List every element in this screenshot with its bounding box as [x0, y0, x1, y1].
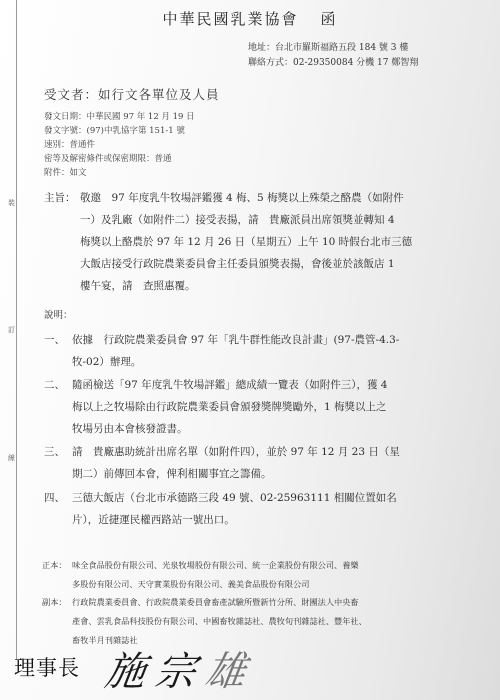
attachment: 附件：如文	[44, 166, 87, 178]
recipient-line: 產會、雲乳食品科技股份有限公司、中國畜牧雜誌社、農牧旬刊雜誌社、豐年社、	[72, 612, 367, 631]
copy-recipients-label: 副本：	[42, 593, 67, 612]
subject-label: 主旨：	[44, 190, 76, 205]
address: 地址：台北市羅斯福路五段 184 號 3 樓	[248, 40, 408, 53]
original-recipients: 味全食品股份有限公司、光泉牧場股份有限公司、統一企業股份有限公司、養樂 多股份有…	[72, 556, 359, 594]
item-line: 請 貴廠惠助統計出席名單（如附件四），並於 97 年 12 月 23 日（星	[72, 444, 400, 461]
item-line: 梅以上之牧場除由行政院農業委員會頒發獎牌獎勵外，1 梅獎以上之	[72, 399, 387, 416]
binding-line	[16, 0, 17, 660]
recipient-line: 多股份有限公司、天守實業股份有限公司、義美食品股份有限公司	[72, 575, 359, 594]
item-line: 依據 行政院農業委員會 97 年「乳牛群性能改良計畫」(97-農管-4.3-	[72, 332, 399, 349]
recipient-line: 味全食品股份有限公司、光泉牧場股份有限公司、統一企業股份有限公司、養樂	[72, 556, 359, 575]
explanation-item: 三德大飯店（台北市承德路三段 49 號、02-25963111 相關位置如名 片…	[72, 490, 397, 529]
subject-text: 敬邀 97 年度乳牛牧場評鑑獲 4 梅、5 梅獎以上殊榮之酪農（如附件 一）及乳…	[80, 190, 412, 295]
recipient-line: 行政院農業委員會、行政院農業委員會畜產試驗所暨新竹分所、財團法人中央畜	[72, 593, 367, 612]
subject-line: 大飯店接受行政院農業委員會主任委員頒獎表揚，會後並於該飯店 1	[80, 256, 412, 273]
explanation-label: 說明：	[44, 307, 73, 321]
item-line: 期二）前傳回本會，俾利相關事宜之籌備。	[72, 466, 400, 483]
item-line: 隨函檢送「97 年度乳牛牧場評鑑」總成績一覽表（如附件三），獲 4	[72, 377, 387, 394]
binding-mark: 裝	[8, 198, 15, 208]
item-line: 片），近捷運民權西路站一號出口。	[72, 512, 397, 529]
explanation-item: 請 貴廠惠助統計出席名單（如附件四），並於 97 年 12 月 23 日（星 期…	[72, 444, 400, 483]
explanation-item: 隨函檢送「97 年度乳牛牧場評鑑」總成績一覽表（如附件三），獲 4 梅以上之牧場…	[72, 377, 387, 438]
binding-mark: 線	[8, 453, 15, 463]
item-number: 一、	[44, 332, 65, 347]
contact-info: 聯絡方式：02-29350084 分機 17 鄭智翔	[248, 55, 418, 68]
signatory-title: 理事長	[14, 652, 80, 682]
original-recipients-label: 正本：	[42, 556, 67, 575]
org-name: 中華民國乳業協會	[162, 10, 298, 28]
official-letter: 裝 訂 線 中華民國乳業協會函 地址：台北市羅斯福路五段 184 號 3 樓 聯…	[0, 0, 500, 700]
item-line: 三德大飯店（台北市承德路三段 49 號、02-25963111 相關位置如名	[72, 490, 397, 507]
document-number: 發文字號：(97)中乳協字第 151-1 號	[44, 124, 185, 136]
doc-type: 函	[321, 10, 338, 28]
item-line: 牧場另由本會核發證書。	[72, 421, 387, 438]
security-level: 密等及解密條件或保密期限：普通	[44, 152, 172, 164]
item-number: 三、	[44, 444, 65, 459]
recipient: 受文者：如行文各單位及人員	[44, 85, 220, 103]
subject-line: 一）及乳廠（如附件二）接受表揚，請 貴廠派員出席領獎並轉知 4	[80, 212, 412, 229]
signature-char: 施	[102, 649, 158, 695]
subject-line: 梅獎以上酪農於 97 年 12 月 26 日（星期五）上午 10 時假台北市三德	[80, 234, 412, 251]
explanation-item: 依據 行政院農業委員會 97 年「乳牛群性能改良計畫」(97-農管-4.3- 牧…	[72, 332, 399, 371]
subject-line: 敬邀 97 年度乳牛牧場評鑑獲 4 梅、5 梅獎以上殊榮之酪農（如附件	[80, 190, 412, 207]
delivery-type: 速別：普通件	[44, 138, 95, 150]
issue-date: 發文日期：中華民國 97 年 12 月 19 日	[44, 110, 195, 122]
signature: 施宗雄	[102, 640, 260, 697]
letter-title: 中華民國乳業協會函	[0, 8, 500, 29]
signature-char: 雄	[202, 649, 258, 695]
item-line: 牧-02）辦理。	[72, 354, 399, 371]
item-number: 四、	[44, 490, 65, 505]
binding-mark: 訂	[8, 325, 15, 335]
item-number: 二、	[44, 377, 65, 392]
signature-char: 宗	[152, 649, 208, 695]
subject-line: 樓午宴，請 查照惠覆。	[80, 278, 412, 295]
